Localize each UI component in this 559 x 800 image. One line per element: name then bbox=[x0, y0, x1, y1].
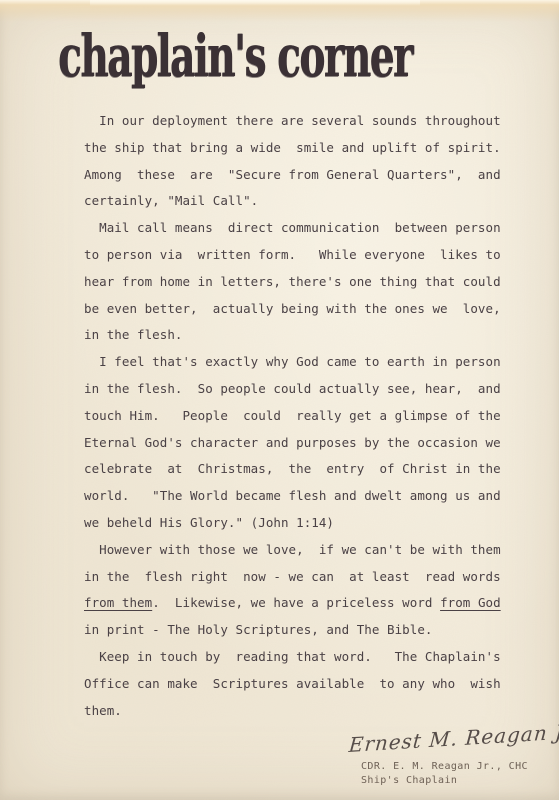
body-line: Keep in touch by reading that word. The … bbox=[84, 644, 514, 671]
body-line: touch Him. People could really get a gli… bbox=[84, 403, 514, 430]
article-body: In our deployment there are several soun… bbox=[84, 108, 514, 724]
body-line: certainly, "Mail Call". bbox=[84, 188, 514, 215]
body-line: be even better, actually being with the … bbox=[84, 296, 514, 323]
handwritten-signature: Ernest M. Reagan Jr. bbox=[348, 721, 542, 757]
body-line: from them. Likewise, we have a priceless… bbox=[84, 590, 514, 617]
body-line: we beheld His Glory." (John 1:14) bbox=[84, 510, 514, 537]
body-line: in the flesh right now - we can at least… bbox=[84, 564, 514, 591]
body-line: I feel that's exactly why God came to ea… bbox=[84, 349, 514, 376]
body-line: In our deployment there are several soun… bbox=[84, 108, 514, 135]
scan-top-edge bbox=[0, 0, 559, 22]
signature-typed-title: Ship's Chaplain bbox=[361, 774, 540, 788]
body-line: to person via written form. While everyo… bbox=[84, 242, 514, 269]
body-line: in the flesh. bbox=[84, 322, 514, 349]
body-line: them. bbox=[84, 698, 514, 725]
body-line: However with those we love, if we can't … bbox=[84, 537, 514, 564]
body-line: in the flesh. So people could actually s… bbox=[84, 376, 514, 403]
body-line: Eternal God's character and purposes by … bbox=[84, 430, 514, 457]
body-line: hear from home in letters, there's one t… bbox=[84, 269, 514, 296]
body-line: Office can make Scriptures available to … bbox=[84, 671, 514, 698]
signature-block: Ernest M. Reagan Jr. CDR. E. M. Reagan J… bbox=[340, 733, 540, 787]
body-line: Mail call means direct communication bet… bbox=[84, 215, 514, 242]
body-line: the ship that bring a wide smile and upl… bbox=[84, 135, 514, 162]
scanned-document-page: chaplain's corner In our deployment ther… bbox=[0, 0, 559, 800]
body-line: world. "The World became flesh and dwelt… bbox=[84, 483, 514, 510]
body-line: in print - The Holy Scriptures, and The … bbox=[84, 617, 514, 644]
scan-top-highlight bbox=[90, 0, 420, 6]
body-line: Among these are "Secure from General Qua… bbox=[84, 162, 514, 189]
signature-typed-name: CDR. E. M. Reagan Jr., CHC bbox=[361, 760, 540, 774]
page-title: chaplain's corner bbox=[58, 27, 412, 85]
body-line: celebrate at Christmas, the entry of Chr… bbox=[84, 456, 514, 483]
